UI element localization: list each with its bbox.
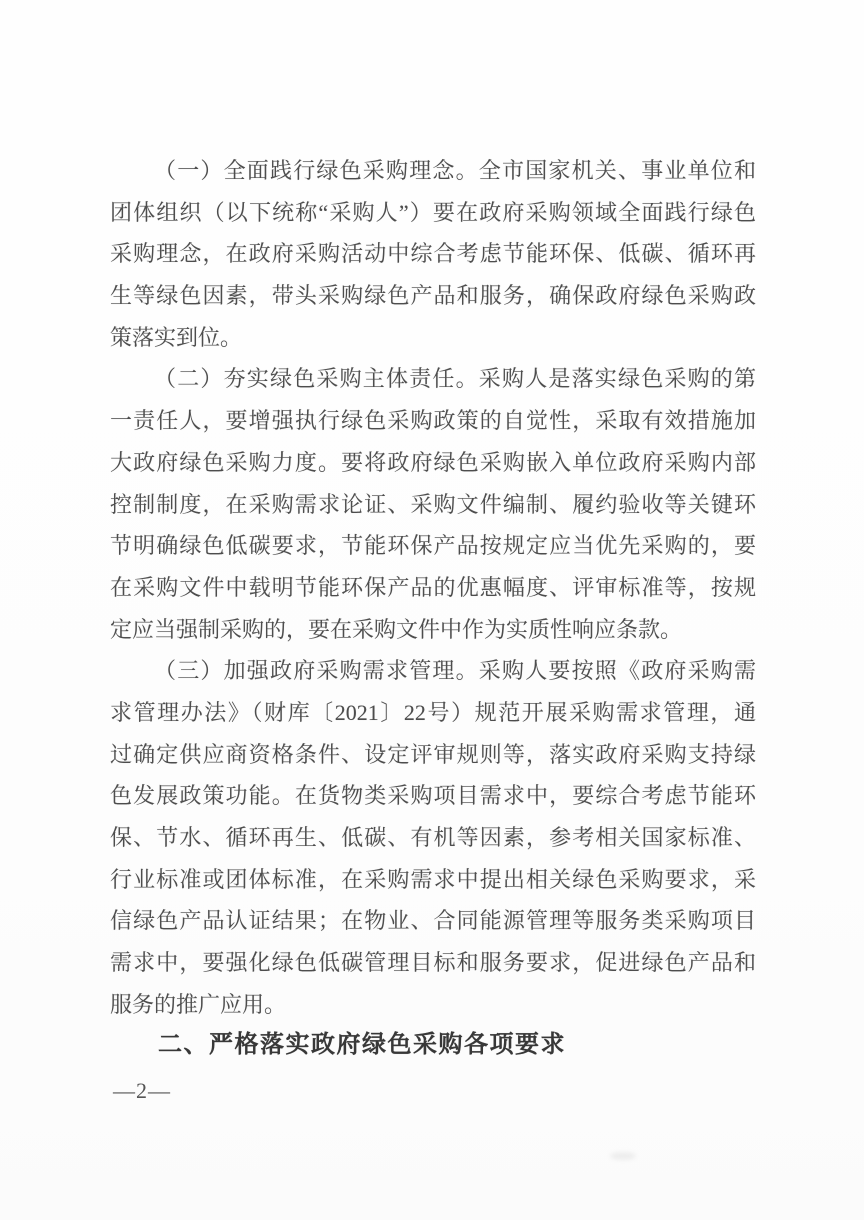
- paragraph-3-line: 需求中，要强化绿色低碳管理目标和服务要求，促进绿色产品和: [110, 942, 756, 984]
- paragraph-3-line: 服务的推广应用。: [110, 984, 756, 1026]
- paragraph-1-line: 生等绿色因素，带头采购绿色产品和服务，确保政府绿色采购政: [110, 275, 756, 317]
- paragraph-3-line: （三）加强政府采购需求管理。采购人要按照《政府采购需: [110, 650, 756, 692]
- page-number: —2—: [113, 1076, 171, 1106]
- paragraph-3-line: 求管理办法》（财库〔2021〕22号）规范开展采购需求管理，通: [110, 692, 756, 734]
- paragraph-2-line: 控制制度，在采购需求论证、采购文件编制、履约验收等关键环: [110, 484, 756, 526]
- paragraph-1-line: （一）全面践行绿色采购理念。全市国家机关、事业单位和: [110, 150, 756, 192]
- paragraph-1-line: 团体组织（以下统称“采购人”）要在政府采购领域全面践行绿色: [110, 192, 756, 234]
- paragraph-2-line: 节明确绿色低碳要求，节能环保产品按规定应当优先采购的，要: [110, 525, 756, 567]
- paragraph-2-line: 一责任人，要增强执行绿色采购政策的自觉性，采取有效措施加: [110, 400, 756, 442]
- section-heading: 二、严格落实政府绿色采购各项要求: [110, 1025, 756, 1067]
- paragraph-3-line: 保、节水、循环再生、低碳、有机等因素，参考相关国家标准、: [110, 817, 756, 859]
- paragraph-3-line: 信绿色产品认证结果；在物业、合同能源管理等服务类采购项目: [110, 900, 756, 942]
- paragraph-2-line: 大政府绿色采购力度。要将政府绿色采购嵌入单位政府采购内部: [110, 442, 756, 484]
- paragraph-2-line: 定应当强制采购的，要在采购文件中作为实质性响应条款。: [110, 609, 756, 651]
- paragraph-3-line: 过确定供应商资格条件、设定评审规则等，落实政府采购支持绿: [110, 734, 756, 776]
- paragraph-3-line: 行业标准或团体标准，在采购需求中提出相关绿色采购要求，采: [110, 859, 756, 901]
- scan-artifact: [610, 1152, 636, 1160]
- paragraph-1-line: 采购理念，在政府采购活动中综合考虑节能环保、低碳、循环再: [110, 233, 756, 275]
- paragraph-1-line: 策落实到位。: [110, 317, 756, 359]
- document-body: （一）全面践行绿色采购理念。全市国家机关、事业单位和 团体组织（以下统称“采购人…: [110, 150, 756, 1067]
- paragraph-3-line: 色发展政策功能。在货物类采购项目需求中，要综合考虑节能环: [110, 775, 756, 817]
- paragraph-2-line: （二）夯实绿色采购主体责任。采购人是落实绿色采购的第: [110, 358, 756, 400]
- paragraph-2-line: 在采购文件中载明节能环保产品的优惠幅度、评审标准等，按规: [110, 567, 756, 609]
- scanned-document-page: （一）全面践行绿色采购理念。全市国家机关、事业单位和 团体组织（以下统称“采购人…: [0, 0, 864, 1220]
